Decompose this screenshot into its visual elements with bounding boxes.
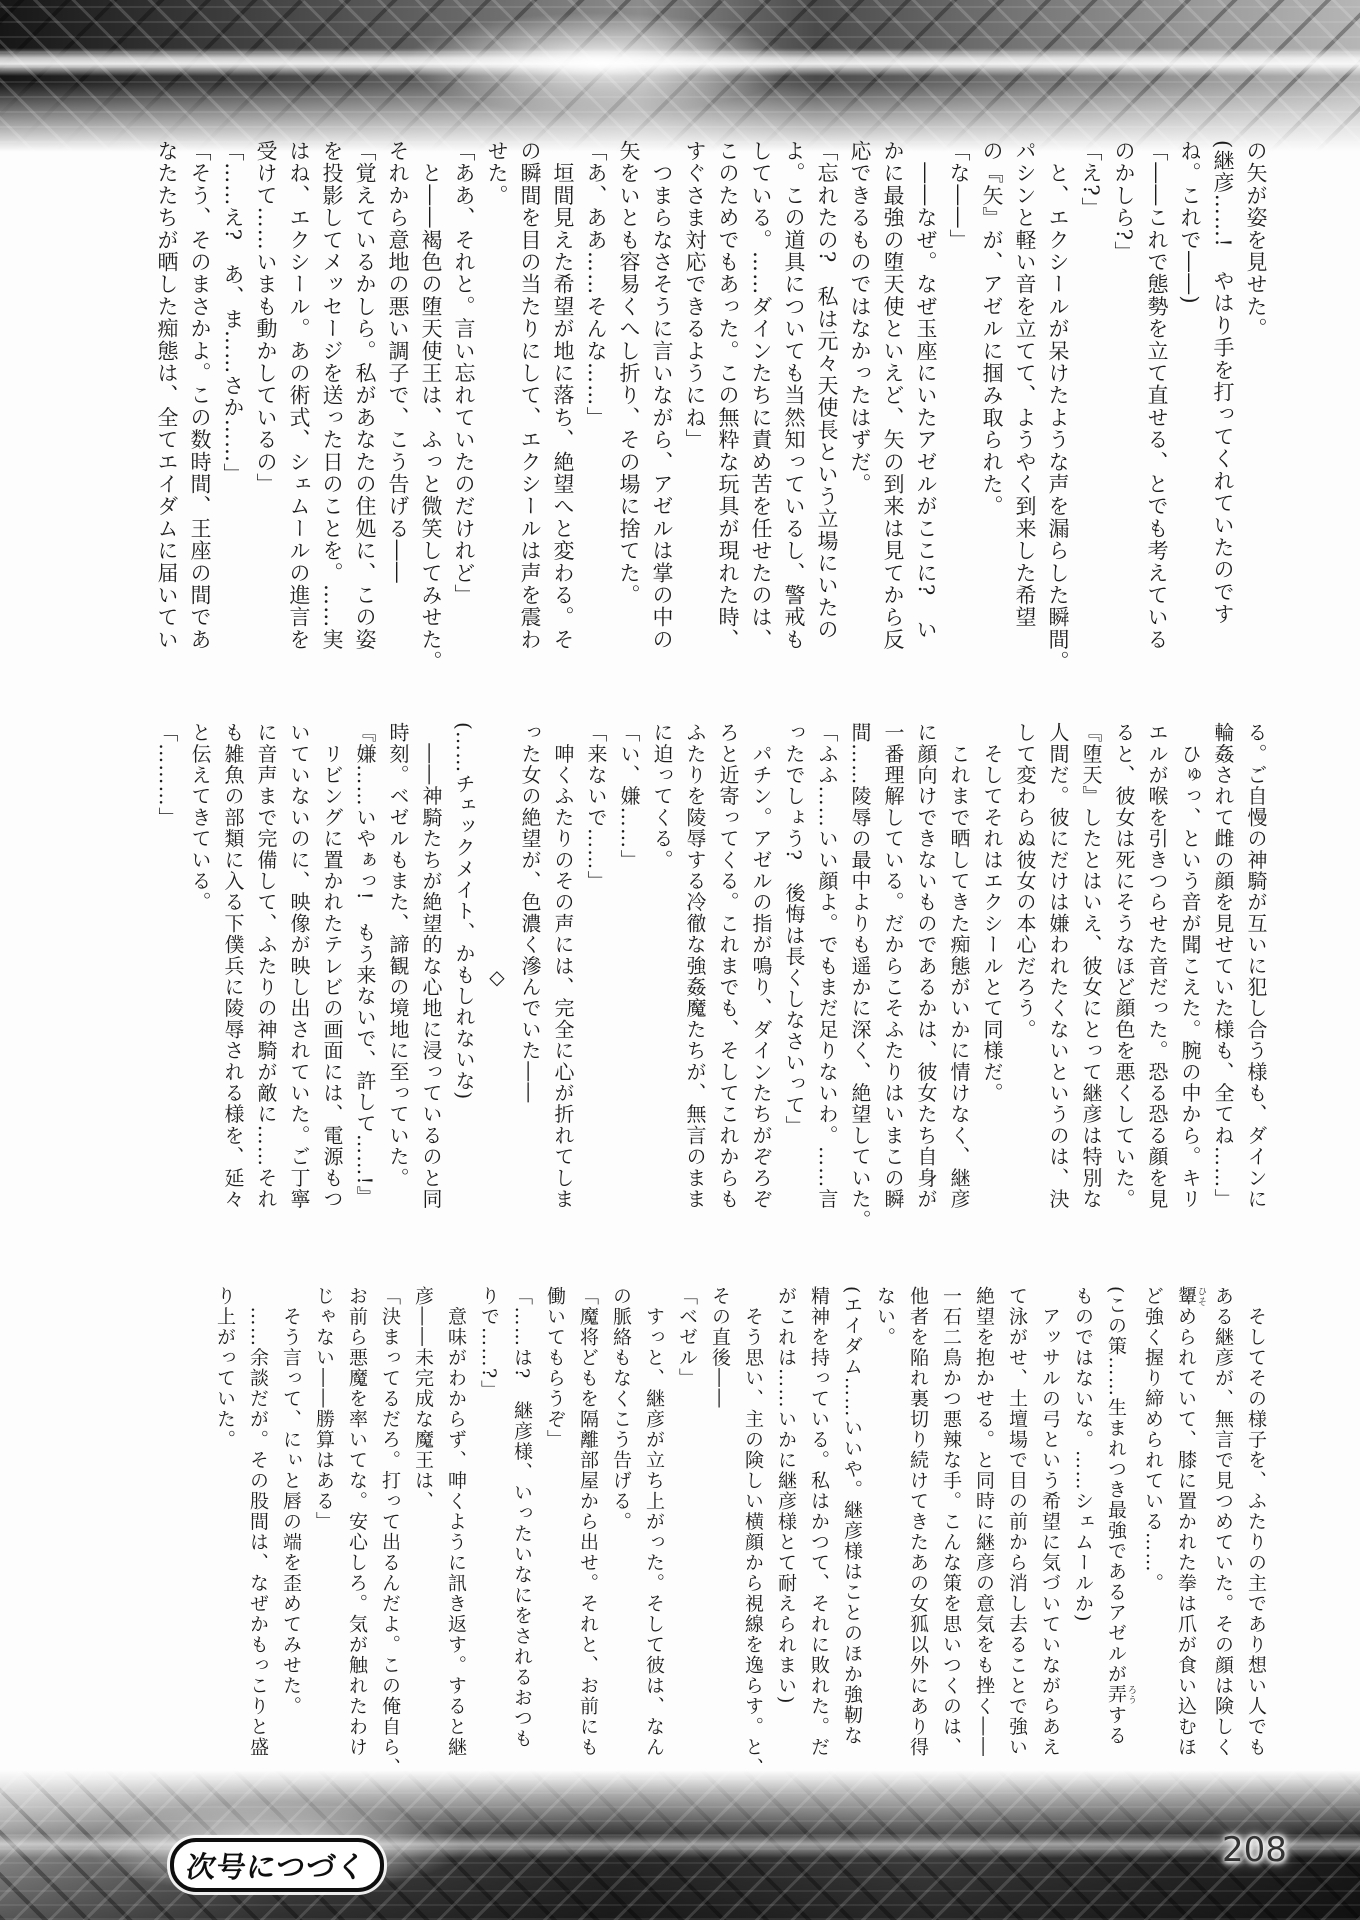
text-column: った女の絶望が、色濃く滲んでいた―― xyxy=(513,722,546,1234)
text-column: 「い、嫌……」 xyxy=(612,722,645,1234)
text-column: かに最強の堕天使といえど、矢の到来は見てから反 xyxy=(876,140,909,676)
scene-break-diamond: ◇ xyxy=(480,722,513,1234)
text-column: を投影してメッセージを送った日のことを。……実 xyxy=(315,140,348,676)
text-column: 「……え? あ、ま……さか……」 xyxy=(216,140,249,676)
text-column: お前ら悪魔を率いてな。安心しろ。気が触れたわけ xyxy=(340,1286,373,1786)
text-column: そしてそれはエクシールとて同様だ。 xyxy=(975,722,1008,1234)
text-column: (エイダム……いいや。継彦様はことのほか強靭な xyxy=(835,1286,868,1786)
text-column: ると、彼女は死にそうなほど顔色を悪くしていた。 xyxy=(1107,722,1140,1234)
text-column: ふたりを陵辱する冷徹な強姦魔たちが、無言のまま xyxy=(678,722,711,1234)
text-column: (……チェックメイト、かもしれないな) xyxy=(447,722,480,1234)
text-column: して変わらぬ彼女の本心だろう。 xyxy=(1008,722,1041,1234)
text-column: いていないのに、映像が映し出されていた。ご丁寧 xyxy=(282,722,315,1234)
text-column: 「忘れたの? 私は元々天使長という立場にいたの xyxy=(810,140,843,676)
text-column: も雑魚の部類に入る下僕兵に陵辱される様を、延々 xyxy=(216,722,249,1234)
text-column: それから意地の悪い調子で、こう告げる―― xyxy=(381,140,414,676)
text-column: ある継彦が、無言で見つめていた。その顔は険しく xyxy=(1206,1286,1239,1786)
text-column: 「あ、ああ……そんな……」 xyxy=(579,140,612,676)
text-column: り上がっていた。 xyxy=(208,1286,241,1786)
text-column: ったでしょう? 後悔は長くしなさいって」 xyxy=(777,722,810,1234)
text-column: よ。この道具についても当然知っているし、警戒も xyxy=(777,140,810,676)
text-column: (継彦……! やはり手を打ってくれていたのです xyxy=(1206,140,1239,676)
text-column: 「覚えているかしら。私があなたの住処に、この姿 xyxy=(348,140,381,676)
text-column: 「魔将どもを隔離部屋から出せ。それと、お前にも xyxy=(571,1286,604,1786)
text-column: これまで晒してきた痴態がいかに情けなく、継彦 xyxy=(942,722,975,1234)
text-column: 人間だ。彼にだけは嫌われたくないというのは、決 xyxy=(1041,722,1074,1234)
text-column: つまらなさそうに言いながら、アゼルは掌の中の xyxy=(645,140,678,676)
next-issue-label: 次号につづく xyxy=(184,1845,369,1886)
text-column: 彦――未完成な魔王は、 xyxy=(406,1286,439,1786)
text-column: ろと近寄ってくる。これまでも、そしてこれからも xyxy=(711,722,744,1234)
text-band-1: の矢が姿を見せた。(継彦……! やはり手を打ってくれていたのですね。これで――)… xyxy=(150,140,1272,676)
text-column: 『嫌……いやぁっ! もう来ないで、許して……!』 xyxy=(348,722,381,1234)
text-column: ――神騎たちが絶望的な心地に浸っているのと同 xyxy=(414,722,447,1234)
top-border-art xyxy=(0,0,1360,158)
text-column: 間……陵辱の最中よりも遥かに深く、絶望していた。 xyxy=(843,722,876,1234)
text-column: 「来ないで……」 xyxy=(579,722,612,1234)
next-issue-badge: 次号につづく xyxy=(170,1838,384,1892)
text-column: の矢が姿を見せた。 xyxy=(1239,140,1272,676)
text-column: 「ああ、それと。言い忘れていたのだけれど」 xyxy=(447,140,480,676)
text-column: のかしら?」 xyxy=(1107,140,1140,676)
text-column: と伝えてきている。 xyxy=(183,722,216,1234)
text-column: 「ふふ……いい顔よ。でもまだ足りないわ。……言 xyxy=(810,722,843,1234)
text-column: 『堕天』したとはいえ、彼女にとって継彦は特別な xyxy=(1074,722,1107,1234)
text-column: そしてその様子を、ふたりの主であり想い人でも xyxy=(1239,1286,1272,1786)
text-column: 矢をいとも容易くへし折り、その場に捨てた。 xyxy=(612,140,645,676)
text-column: て泳がせ、土壇場で目の前から消し去ることで強い xyxy=(1000,1286,1033,1786)
text-column: アッサルの弓という希望に気づいていながらあえ xyxy=(1033,1286,1066,1786)
text-column: 「え?」 xyxy=(1074,140,1107,676)
text-column: ない。 xyxy=(868,1286,901,1786)
page-number: 208 xyxy=(1222,1830,1287,1870)
text-column: 働いてもらうぞ」 xyxy=(538,1286,571,1786)
text-column: 精神を持っている。私はかつて、それに敗れた。だ xyxy=(802,1286,835,1786)
text-column: と、エクシールが呆けたような声を漏らした瞬間。 xyxy=(1041,140,1074,676)
text-column: 一番理解している。だからこそふたりはいまこの瞬 xyxy=(876,722,909,1234)
text-column: パチン。アゼルの指が鳴り、ダインたちがぞろぞ xyxy=(744,722,777,1234)
text-column: そう思い、主の険しい横顔から視線を逸らす。と、 xyxy=(736,1286,769,1786)
text-column: 「な――」 xyxy=(942,140,975,676)
text-column: 「……は? 継彦様、いったいなにをされるおつも xyxy=(505,1286,538,1786)
text-column: 「決まってるだろ。打って出るんだよ。この俺自ら、 xyxy=(373,1286,406,1786)
text-column: すぐさま対応できるようにね」 xyxy=(678,140,711,676)
text-column: 「ベゼル」 xyxy=(670,1286,703,1786)
text-column: 絶望を抱かせる。と同時に継彦の意気をも挫く―― xyxy=(967,1286,1000,1786)
text-column: そう言って、にぃと唇の端を歪めてみせた。 xyxy=(274,1286,307,1786)
text-column: に顔向けできないものであるかは、彼女たち自身が xyxy=(909,722,942,1234)
text-column: の瞬間を目の当たりにして、エクシールは声を震わ xyxy=(513,140,546,676)
text-column: ひゅっ、という音が聞こえた。腕の中から。キリ xyxy=(1173,722,1206,1234)
text-column: 意味がわからず、呻くように訊き返す。すると継 xyxy=(439,1286,472,1786)
text-column: 垣間見えた希望が地に落ち、絶望へと変わる。そ xyxy=(546,140,579,676)
text-column: ……余談だが。その股間は、なぜかもっこりと盛 xyxy=(241,1286,274,1786)
text-column: 「――これで態勢を立て直せる、とでも考えている xyxy=(1140,140,1173,676)
text-band-3: そしてその様子を、ふたりの主であり想い人でもある継彦が、無言で見つめていた。その… xyxy=(208,1286,1272,1786)
text-column: せた。 xyxy=(480,140,513,676)
text-column: その直後―― xyxy=(703,1286,736,1786)
text-column: ね。これで――) xyxy=(1173,140,1206,676)
text-column: このためでもあった。この無粋な玩具が現れた時、 xyxy=(711,140,744,676)
text-column: エルが喉を引きつらせた音だった。恐る恐る顔を見 xyxy=(1140,722,1173,1234)
text-column: はね、エクシール。あの術式、シェムールの進言を xyxy=(282,140,315,676)
text-column: と――褐色の堕天使王は、ふっと微笑してみせた。 xyxy=(414,140,447,676)
text-column: に迫ってくる。 xyxy=(645,722,678,1234)
text-column: 応できるものではなかったはずだ。 xyxy=(843,140,876,676)
text-column: リビングに置かれたテレビの画面には、電源もつ xyxy=(315,722,348,1234)
text-column: る。ご自慢の神騎が互いに犯し合う様も、ダインに xyxy=(1239,722,1272,1234)
text-column: に音声まで完備して、ふたりの神騎が敵に……それ xyxy=(249,722,282,1234)
text-column: 一石二鳥かつ悪辣な手。こんな策を思いつくのは、 xyxy=(934,1286,967,1786)
text-column: 時刻。ベゼルもまた、諦観の境地に至っていた。 xyxy=(381,722,414,1234)
text-column: りで……?」 xyxy=(472,1286,505,1786)
text-column: ものではないな。……シェムールか) xyxy=(1066,1286,1099,1786)
text-column: ど強く握り締められている……。 xyxy=(1136,1286,1169,1786)
text-column: 他者を陥れ裏切り続けてきたあの女狐以外にあり得 xyxy=(901,1286,934,1786)
text-column: じゃない――勝算はある」 xyxy=(307,1286,340,1786)
text-band-2: る。ご自慢の神騎が互いに犯し合う様も、ダインに輪姦されて雌の顔を見せていた様も、… xyxy=(150,722,1272,1234)
text-column: 受けて……いまも動かしているの」 xyxy=(249,140,282,676)
text-column: (この策……生まれつき最強であるアゼルが弄ろうする xyxy=(1099,1286,1136,1786)
text-column: 輪姦されて雌の顔を見せていた様も、全てね……」 xyxy=(1206,722,1239,1234)
text-column: 顰ひそめられていて、膝に置かれた拳は爪が食い込むほ xyxy=(1169,1286,1206,1786)
text-column: ――なぜ。なぜ玉座にいたアゼルがここに? い xyxy=(909,140,942,676)
text-column: の脈絡もなくこう告げる。 xyxy=(604,1286,637,1786)
text-column: している。……ダインたちに責め苦を任せたのは、 xyxy=(744,140,777,676)
text-column: の『矢』が、アゼルに掴み取られた。 xyxy=(975,140,1008,676)
text-column: 呻くふたりのその声には、完全に心が折れてしま xyxy=(546,722,579,1234)
text-column: 「そう、そのまさかよ。この数時間、王座の間であ xyxy=(183,140,216,676)
text-column: 「………」 xyxy=(150,722,183,1234)
text-column: すっと、継彦が立ち上がった。そして彼は、なん xyxy=(637,1286,670,1786)
text-column: パシンと軽い音を立てて、ようやく到来した希望 xyxy=(1008,140,1041,676)
text-column: がこれは……いかに継彦様とて耐えられまい) xyxy=(769,1286,802,1786)
text-column: なたたちが晒した痴態は、全てエイダムに届いてい xyxy=(150,140,183,676)
